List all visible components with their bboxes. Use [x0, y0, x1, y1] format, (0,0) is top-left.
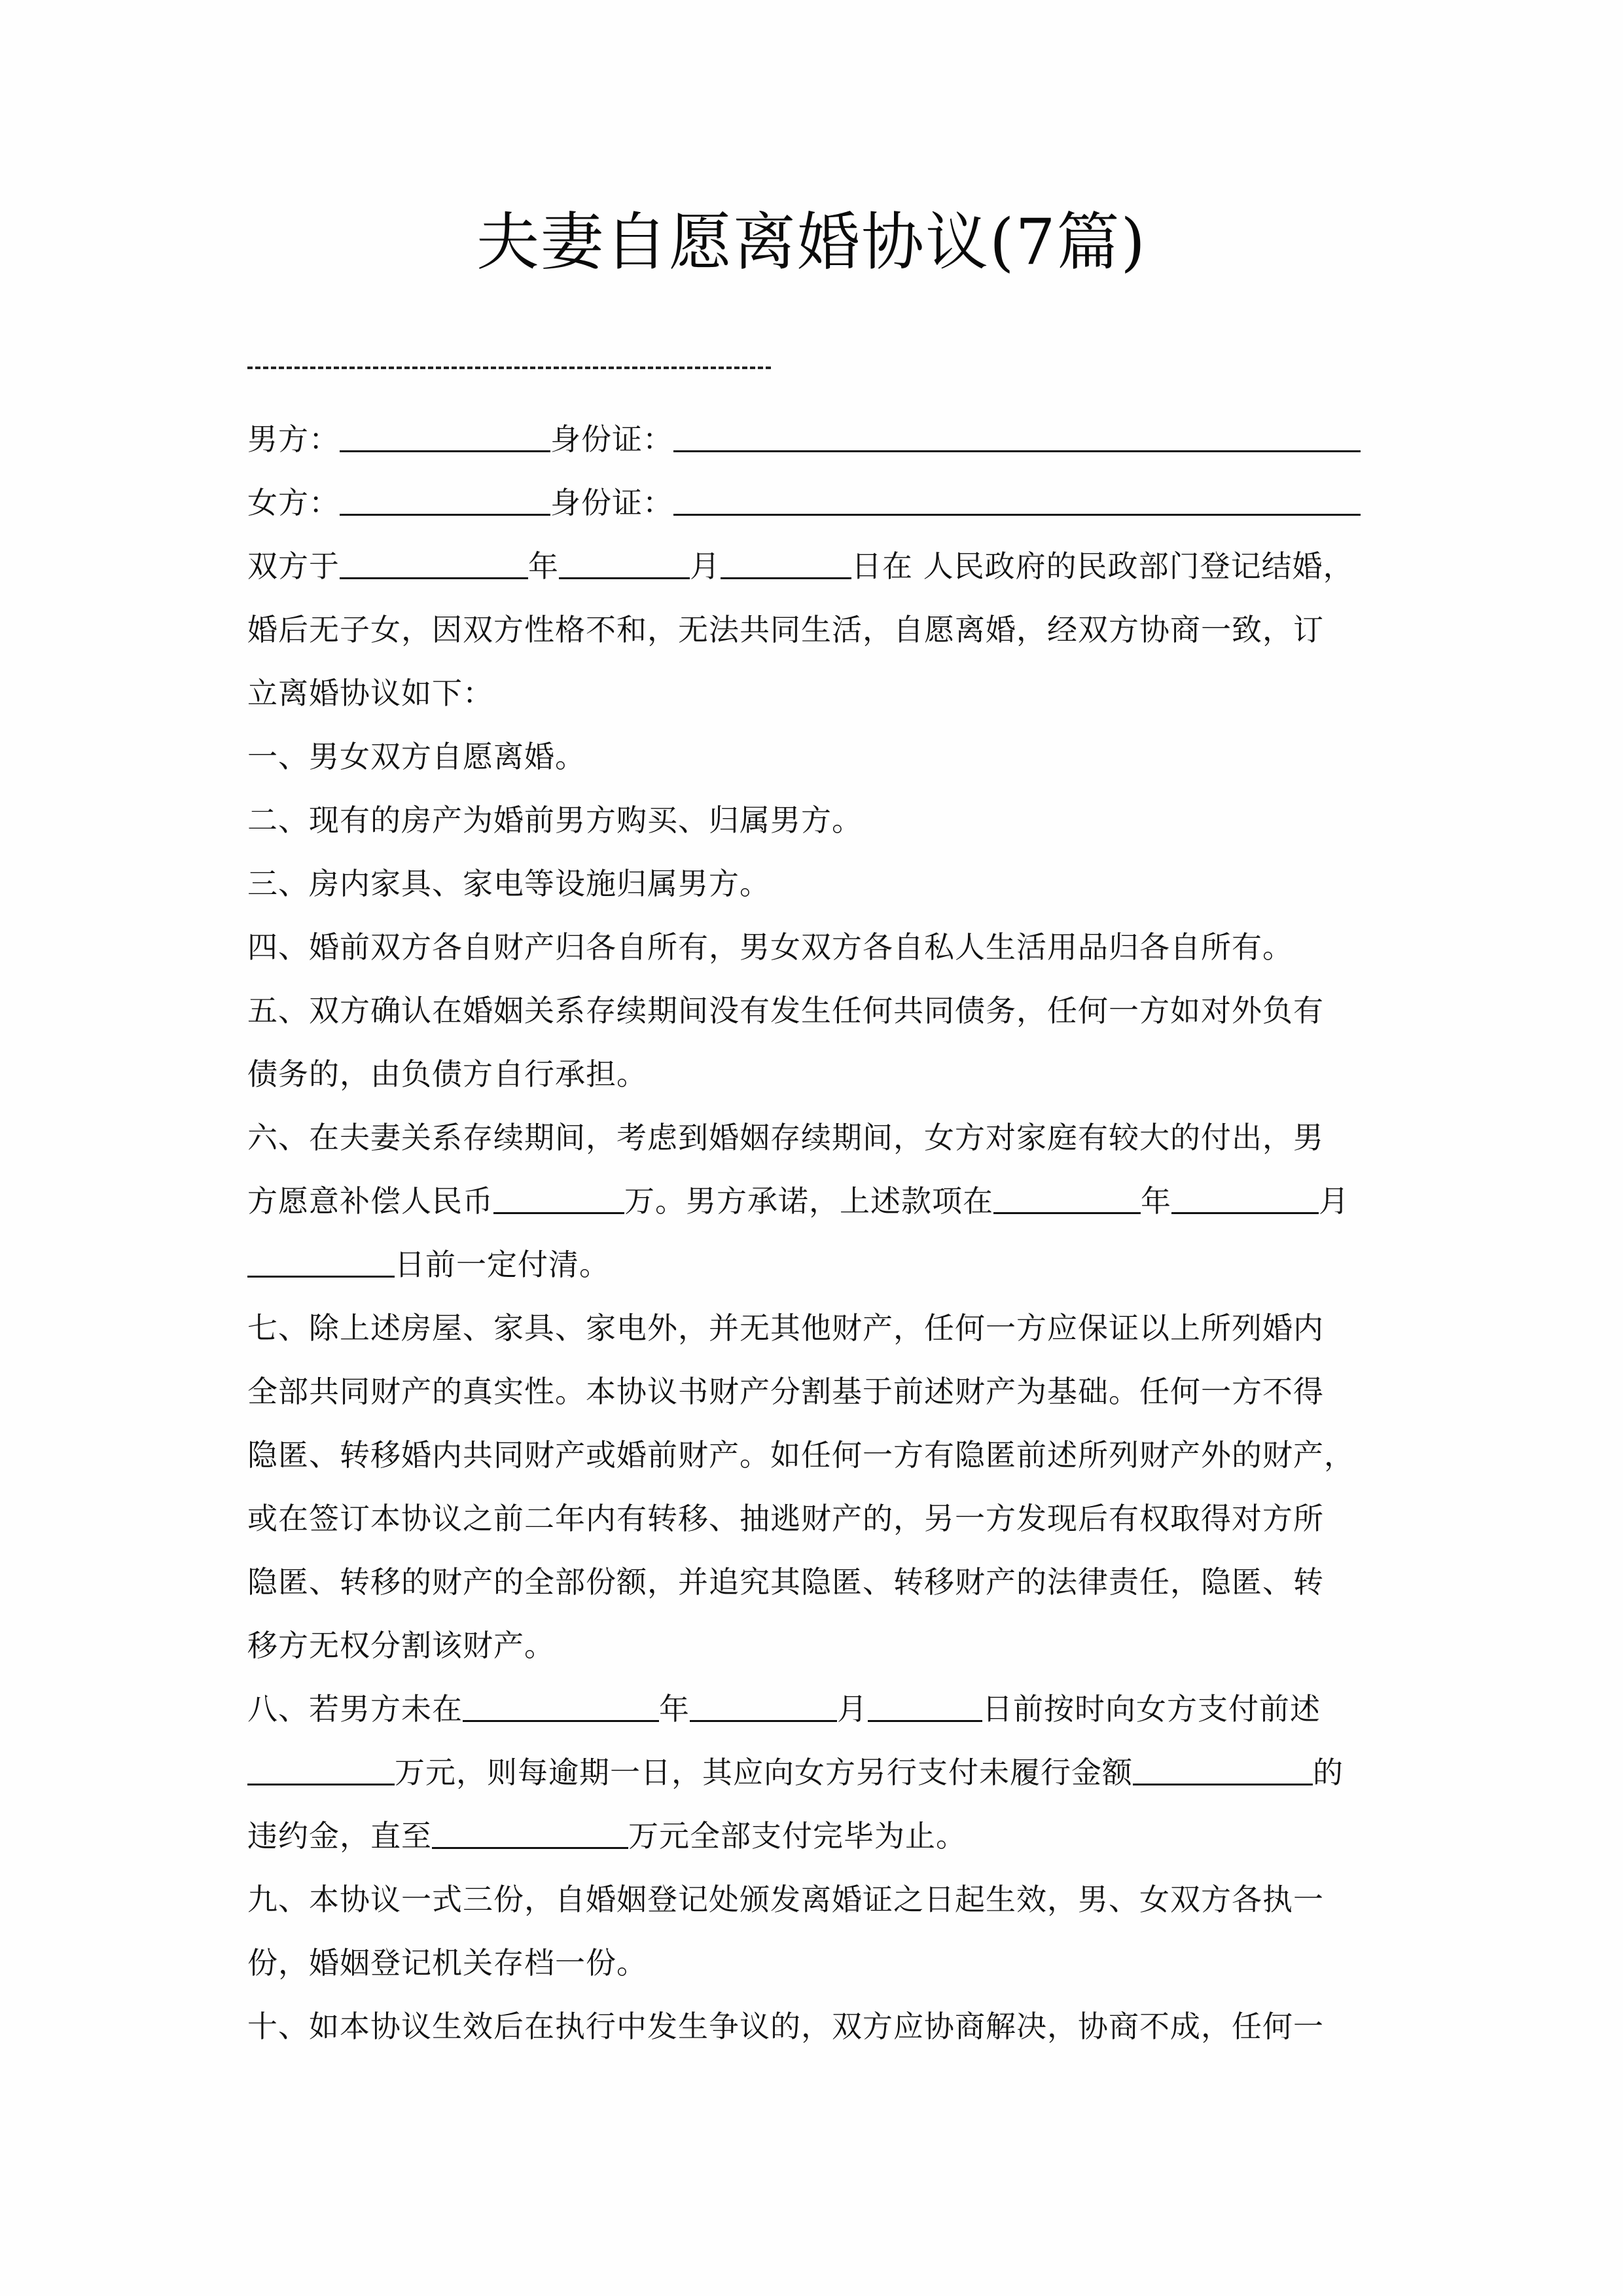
- clause-6-month-label: 月: [1319, 1183, 1349, 1219]
- female-id-label: 身份证：: [550, 485, 673, 520]
- clause-4: 四、婚前双方各自财产归各自所有，男女双方各自私人生活用品归各自所有。: [247, 916, 1380, 979]
- clause-6-text-c: 日前一定付清。: [395, 1247, 610, 1282]
- clause-6-line-2: 方愿意补偿人民币万。男方承诺，上述款项在年月: [247, 1170, 1380, 1233]
- intro-line-3: 立离婚协议如下：: [247, 662, 1380, 725]
- clause-2: 二、现有的房产为婚前男方购买、归属男方。: [247, 789, 1380, 852]
- marriage-year-field[interactable]: [340, 547, 528, 579]
- year-label: 年: [528, 548, 559, 584]
- clause-5-line-2: 债务的，由负债方自行承担。: [247, 1043, 1380, 1106]
- clause-7-line-6: 移方无权分割该财产。: [247, 1614, 1380, 1677]
- deadline-year-field[interactable]: [463, 1690, 659, 1722]
- clause-9-line-1: 九、本协议一式三份，自婚姻登记处颁发离婚证之日起生效，男、女双方各执一: [247, 1868, 1380, 1931]
- clause-6-year-label: 年: [1141, 1183, 1171, 1219]
- clause-8-text-c: 万元，则每逾期一日，其应向女方另行支付未履行金额: [395, 1755, 1133, 1790]
- penalty-rate-field[interactable]: [1133, 1753, 1313, 1785]
- male-id-label: 身份证：: [550, 422, 673, 457]
- clause-8-text-b: 日前按时向女方支付前述: [982, 1691, 1321, 1727]
- payment-day-field[interactable]: [247, 1246, 395, 1278]
- male-label: 男方：: [247, 422, 340, 457]
- clause-7-line-4: 或在签订本协议之前二年内有转移、抽逃财产的，另一方发现后有权取得对方所: [247, 1487, 1380, 1551]
- clause-8-line-2: 万元，则每逾期一日，其应向女方另行支付未履行金额的: [247, 1741, 1380, 1804]
- compensation-amount-field[interactable]: [493, 1182, 624, 1214]
- payment-year-field[interactable]: [993, 1182, 1141, 1214]
- intro-line-1: 双方于年月日在 人民政府的民政部门登记结婚，: [247, 535, 1380, 598]
- month-label: 月: [690, 548, 721, 584]
- female-party-row: 女方：身份证：: [247, 471, 1380, 535]
- clause-7-line-1: 七、除上述房屋、家具、家电外，并无其他财产，任何一方应保证以上所列婚内: [247, 1297, 1380, 1360]
- female-id-field[interactable]: [673, 484, 1361, 516]
- clause-6-text-a: 方愿意补偿人民币: [247, 1183, 493, 1219]
- clause-8-month-label: 月: [837, 1691, 868, 1727]
- female-name-field[interactable]: [340, 484, 550, 516]
- male-party-row: 男方：身份证：: [247, 408, 1380, 471]
- clause-8-text-e: 违约金，直至: [247, 1818, 432, 1854]
- total-amount-field[interactable]: [432, 1817, 628, 1849]
- clause-3: 三、房内家具、家电等设施归属男方。: [247, 852, 1380, 916]
- document-page: 夫妻自愿离婚协议(7篇) 男方：身份证： 女方：身份证： 双方于年月日在 人民政…: [0, 0, 1623, 2296]
- clause-6-text-b: 万。男方承诺，上述款项在: [624, 1183, 993, 1219]
- intro-line-2: 婚后无子女，因双方性格不和，无法共同生活，自愿离婚，经双方协商一致，订: [247, 598, 1380, 662]
- section-divider: [247, 367, 771, 369]
- marriage-month-field[interactable]: [559, 547, 690, 579]
- document-title: 夫妻自愿离婚协议(7篇): [0, 196, 1623, 288]
- clause-7-line-3: 隐匿、转移婚内共同财产或婚前财产。如任何一方有隐匿前述所列财产外的财产，: [247, 1424, 1380, 1487]
- clause-10-line-1: 十、如本协议生效后在执行中发生争议的，双方应协商解决，协商不成，任何一: [247, 1995, 1380, 2058]
- deadline-day-field[interactable]: [868, 1690, 982, 1722]
- clause-8-text-f: 万元全部支付完毕为止。: [628, 1818, 967, 1854]
- marriage-day-field[interactable]: [721, 547, 851, 579]
- intro-suffix: 日在 人民政府的民政部门登记结婚，: [851, 548, 1354, 584]
- clause-8-line-1: 八、若男方未在年月日前按时向女方支付前述: [247, 1677, 1380, 1741]
- payment-amount-field[interactable]: [247, 1753, 395, 1785]
- female-label: 女方：: [247, 485, 340, 520]
- clause-6-line-1: 六、在夫妻关系存续期间，考虑到婚姻存续期间，女方对家庭有较大的付出，男: [247, 1106, 1380, 1170]
- male-name-field[interactable]: [340, 420, 550, 452]
- clause-8-text-a: 八、若男方未在: [247, 1691, 463, 1727]
- male-id-field[interactable]: [673, 420, 1361, 452]
- clause-1: 一、男女双方自愿离婚。: [247, 725, 1380, 789]
- clause-8-year-label: 年: [659, 1691, 690, 1727]
- intro-prefix: 双方于: [247, 548, 340, 584]
- deadline-month-field[interactable]: [690, 1690, 837, 1722]
- clause-8-text-d: 的: [1313, 1755, 1344, 1790]
- clause-8-line-3: 违约金，直至万元全部支付完毕为止。: [247, 1804, 1380, 1868]
- clause-6-line-3: 日前一定付清。: [247, 1233, 1380, 1297]
- clause-7-line-5: 隐匿、转移的财产的全部份额，并追究其隐匿、转移财产的法律责任，隐匿、转: [247, 1551, 1380, 1614]
- payment-month-field[interactable]: [1171, 1182, 1319, 1214]
- clause-9-line-2: 份，婚姻登记机关存档一份。: [247, 1931, 1380, 1995]
- clause-5-line-1: 五、双方确认在婚姻关系存续期间没有发生任何共同债务，任何一方如对外负有: [247, 979, 1380, 1043]
- clause-7-line-2: 全部共同财产的真实性。本协议书财产分割基于前述财产为基础。任何一方不得: [247, 1360, 1380, 1424]
